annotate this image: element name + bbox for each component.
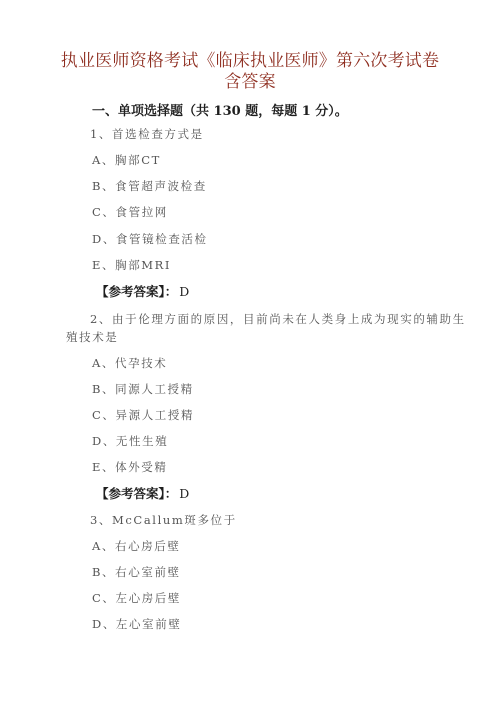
question-2-option-c: C、异源人工授精 <box>92 407 194 423</box>
answer-label: 【参考答案】： <box>96 284 177 299</box>
question-2-option-a: A、代孕技术 <box>92 355 167 371</box>
question-3-option-a: A、右心房后壁 <box>92 538 181 554</box>
answer-value: D <box>179 284 189 299</box>
section-heading: 一、单项选择题（共 130 题，每题 1 分）。 <box>92 100 348 119</box>
answer-value: D <box>179 486 189 501</box>
document-title-line1: 执业医师资格考试《临床执业医师》第六次考试卷 <box>52 51 448 72</box>
question-3-stem: 3、McCallum斑多位于 <box>90 512 237 528</box>
question-1-option-b: B、食管超声波检查 <box>92 178 207 194</box>
question-1-stem: 1、首选检查方式是 <box>90 126 204 142</box>
question-2-option-e: E、体外受精 <box>92 459 168 475</box>
document-title-line2: 含答案 <box>60 72 440 93</box>
question-1-answer: 【参考答案】：D <box>96 284 189 300</box>
question-2-option-d: D、无性生殖 <box>92 433 168 449</box>
question-1-option-d: D、食管镜检查活检 <box>92 231 208 247</box>
question-1-option-c: C、食管拉网 <box>92 204 168 220</box>
question-1-option-a: A、胸部CT <box>92 152 161 168</box>
question-2-stem-line2: 殖技术是 <box>66 329 118 345</box>
answer-label: 【参考答案】： <box>96 486 177 501</box>
question-2-stem-line1: 2、由于伦理方面的原因，目前尚未在人类身上成为现实的辅助生 <box>90 311 466 327</box>
question-2-option-b: B、同源人工授精 <box>92 381 194 397</box>
question-3-option-d: D、左心室前壁 <box>92 616 181 632</box>
document-page: 执业医师资格考试《临床执业医师》第六次考试卷 含答案 一、单项选择题（共 130… <box>0 0 500 706</box>
question-3-option-b: B、右心室前壁 <box>92 564 181 580</box>
question-1-option-e: E、胸部MRI <box>92 257 171 273</box>
question-3-option-c: C、左心房后壁 <box>92 590 181 606</box>
question-2-answer: 【参考答案】：D <box>96 486 189 502</box>
